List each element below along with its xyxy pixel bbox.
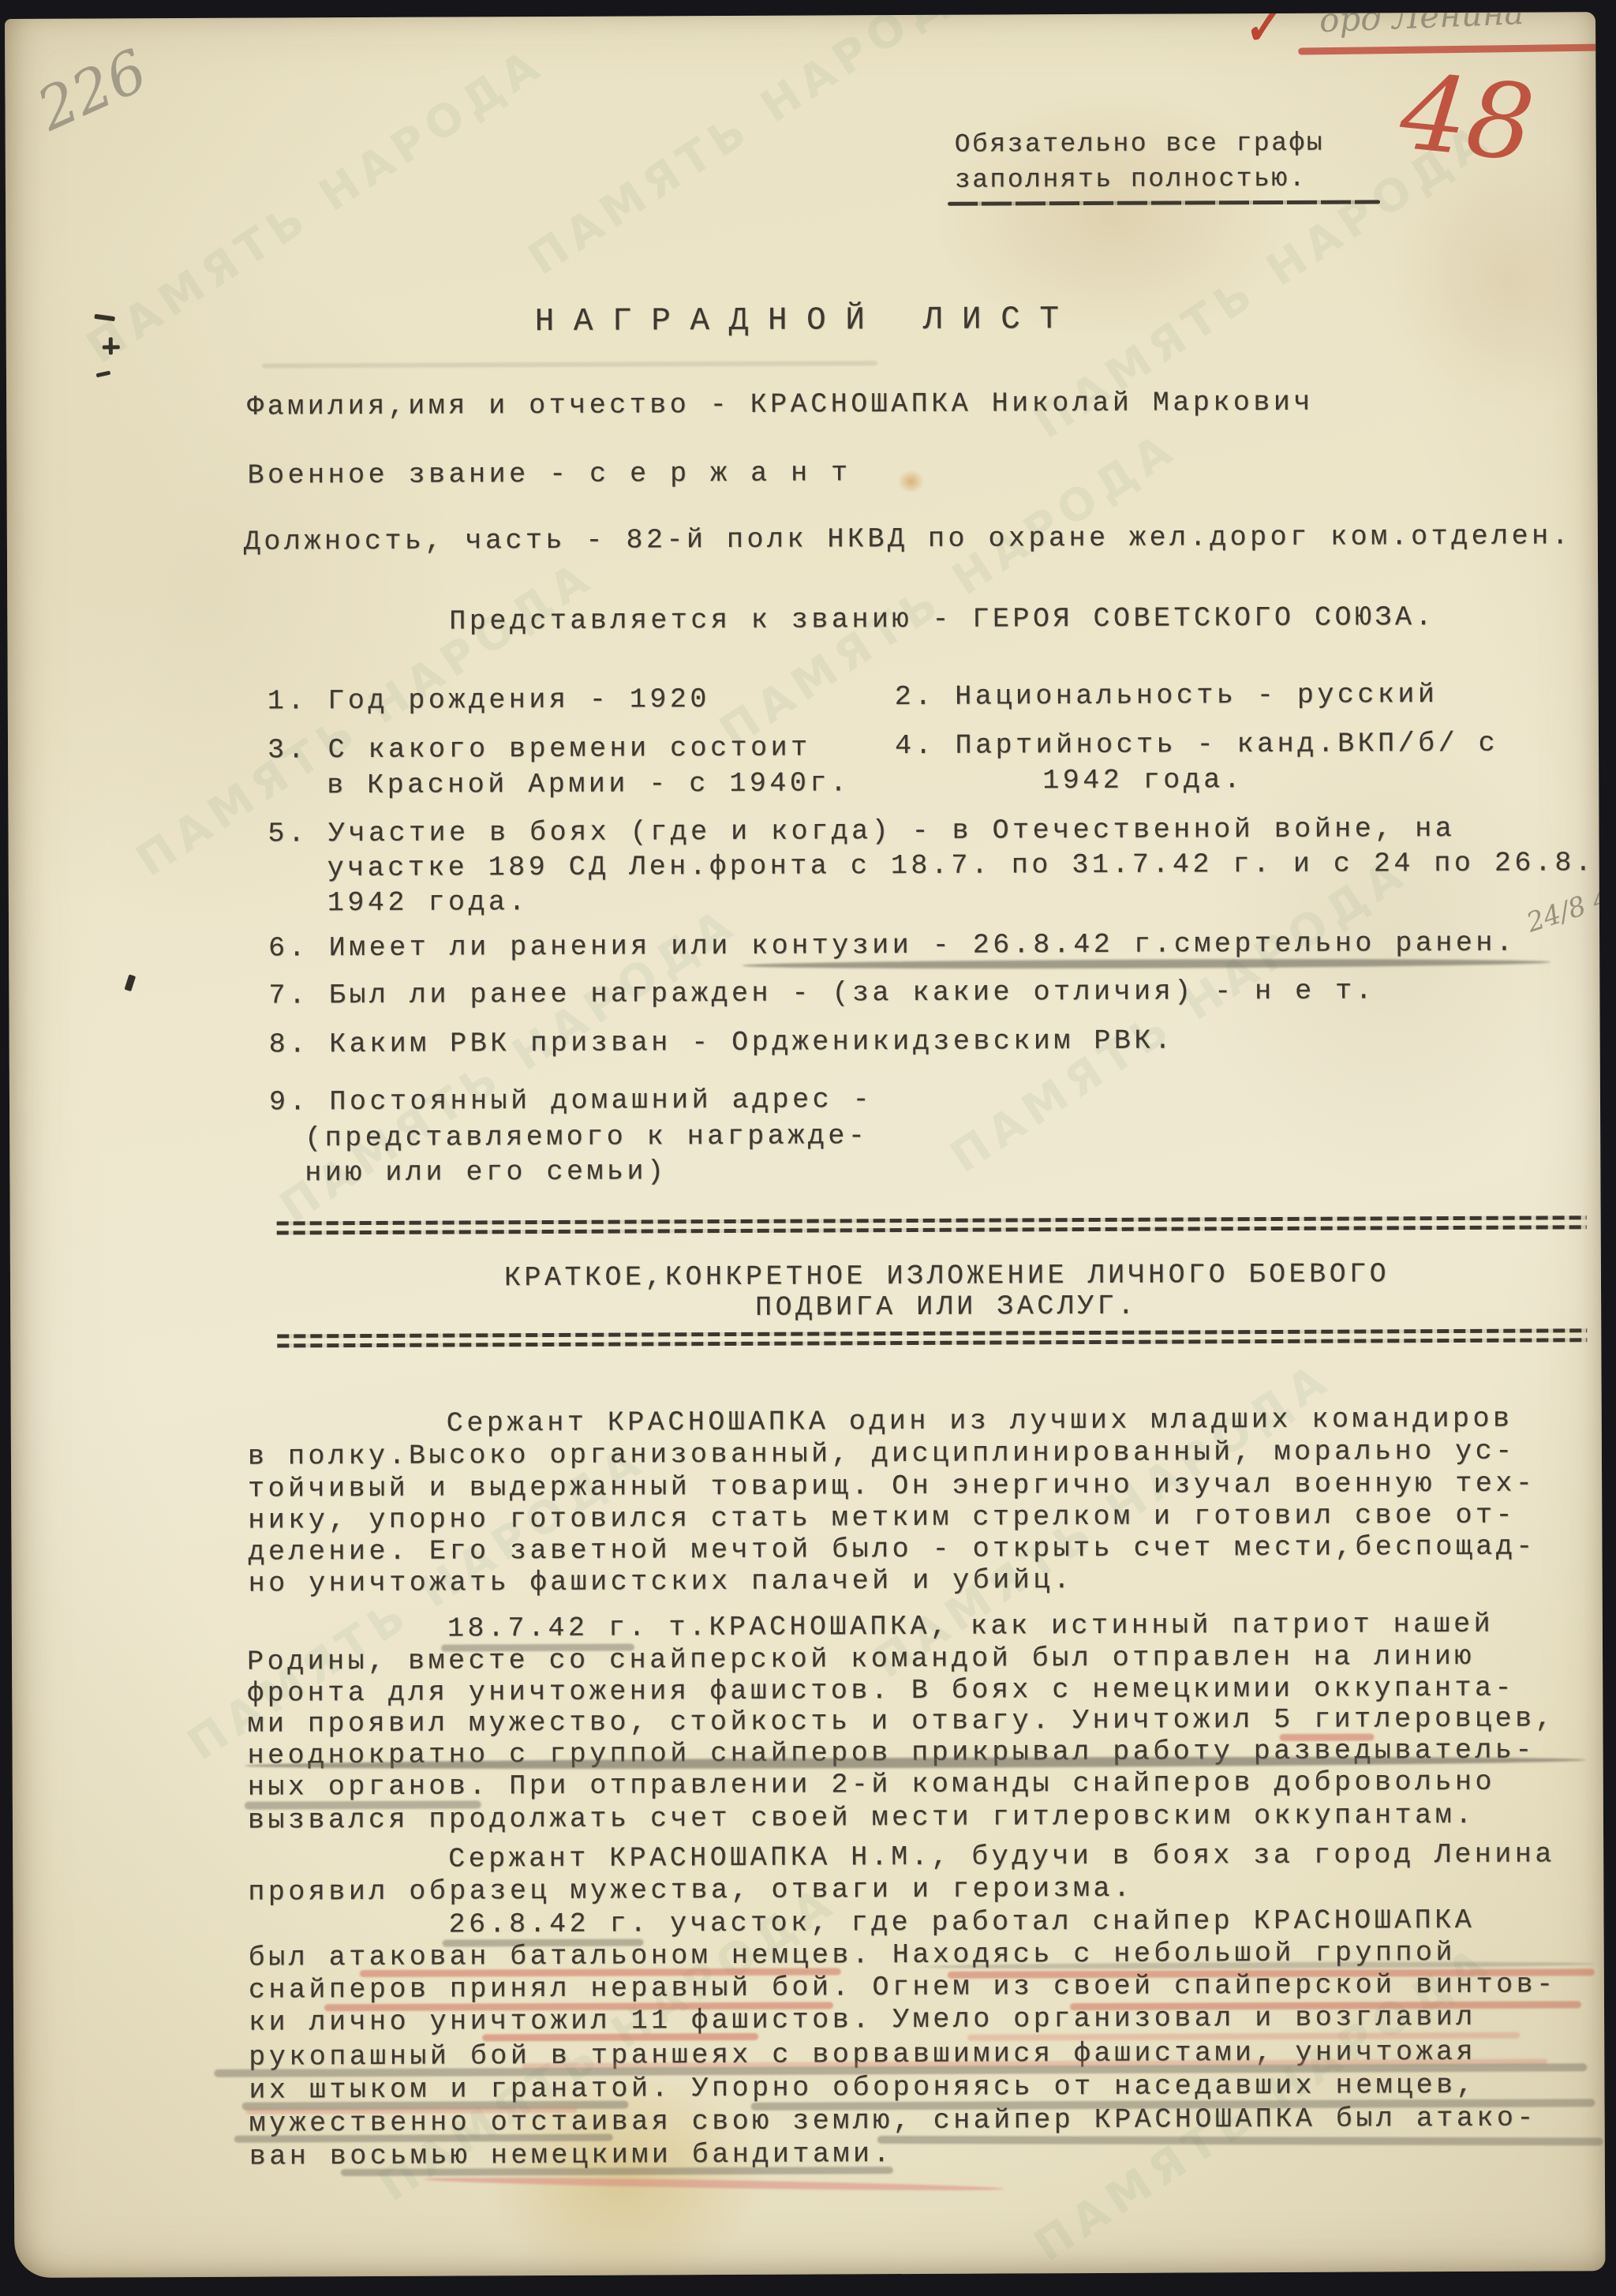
- document-page: ПАМЯТЬ НАРОДА ПАМЯТЬ НАРОДА ПАМЯТЬ НАРОД…: [5, 12, 1605, 2278]
- page-content-layer: ПАМЯТЬ НАРОДА ПАМЯТЬ НАРОДА ПАМЯТЬ НАРОД…: [5, 12, 1605, 2278]
- scan-background: ПАМЯТЬ НАРОДА ПАМЯТЬ НАРОДА ПАМЯТЬ НАРОД…: [0, 0, 1616, 2296]
- scan-vignette: [5, 12, 1605, 2278]
